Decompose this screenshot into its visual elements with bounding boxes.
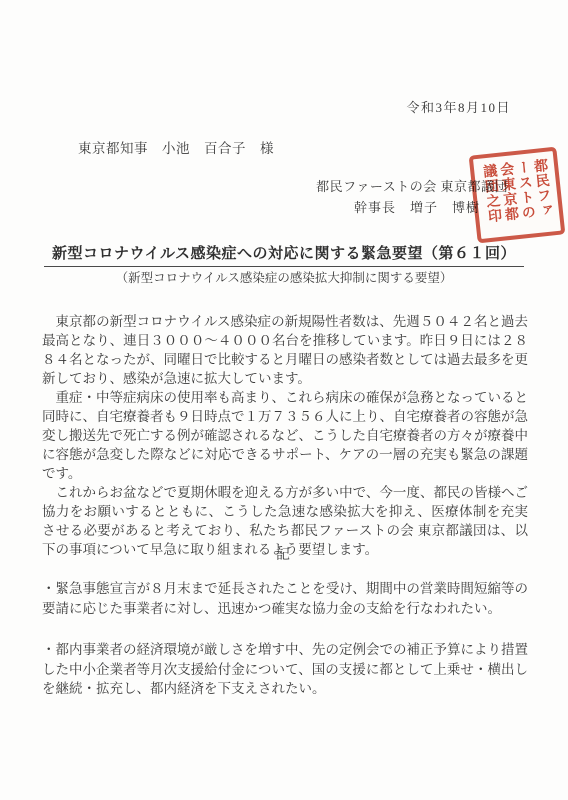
body-text: 東京都の新型コロナウイルス感染症の新規陽性者数は、先週５０４２名と過去最高となり… [42,312,528,559]
document-page: 令和3年8月10日 東京都知事 小池 百合子 様 都民ファーストの会 東京都議団… [0,0,568,800]
official-seal-stamp: 都民ファーストの会東京都議団之印 [469,147,566,244]
body-paragraph-1: 東京都の新型コロナウイルス感染症の新規陽性者数は、先週５０４２名と過去最高となり… [42,312,528,388]
request-item-1: ・緊急事態宣言が８月末まで延長されたことを受け、期間中の営業時間短縮等の要請に応… [42,579,528,618]
body-paragraph-2: 重症・中等症病床の使用率も高まり、これら病床の確保が急務となっていると同時に、自… [42,388,528,483]
document-title: 新型コロナウイルス感染症への対応に関する緊急要望（第６１回） [44,242,524,267]
title-row: 新型コロナウイルス感染症への対応に関する緊急要望（第６１回） [0,242,568,267]
addressee-line: 東京都知事 小池 百合子 様 [78,137,274,157]
request-item-2: ・都内事業者の経済環境が厳しさを増す中、先の定例会での補正予算により措置した中小… [42,640,528,699]
request-items: ・緊急事態宣言が８月末まで延長されたことを受け、期間中の営業時間短縮等の要請に応… [42,579,528,699]
record-marker: 記 [0,544,568,564]
sender-person: 幹事長 増子 博樹 [354,197,480,216]
official-seal-stamp-text: 都民ファーストの会東京都議団之印 [480,158,555,233]
document-subtitle: （新型コロナウイルス感染症の感染拡大抑制に関する要望） [0,268,568,286]
document-date: 令和3年8月10日 [406,97,511,116]
